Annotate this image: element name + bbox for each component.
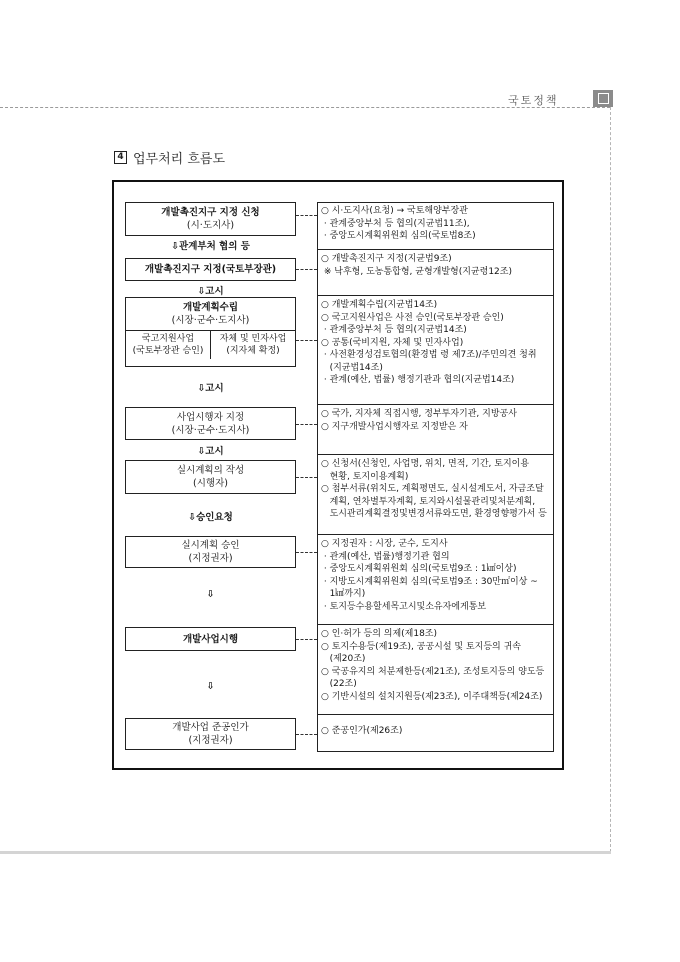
detail-line: ○ 공통(국비지원, 자체 및 민자사업) (321, 337, 550, 350)
detail-line: · 관계중앙부처 등 협의(지균법14조) (321, 324, 550, 337)
split-title: 자체 및 민자사업 (211, 333, 295, 345)
step-title: 개발사업시행 (126, 633, 295, 646)
detail-line: ○ 개발촉진지구 지정(지균법9조) (321, 253, 550, 266)
detail-line: 계획, 연차별투자계획, 토지와시설물관리및처분계획, (321, 496, 550, 509)
flow-arrow-3: ⇩고시 (125, 380, 296, 394)
flow-arrow-1: ⇩관계부처 협의 등 (125, 238, 296, 252)
flow-step-3: 개발계획수립 (시장·군수·도지사) 국고지원사업 (국토부장관 승인) 자체 … (125, 297, 296, 367)
detail-line: ○ 토지수용등(제19조), 공공시설 및 토지등의 귀속 (321, 641, 550, 654)
detail-line: ○ 국공유지의 처분제한등(제21조), 조성토지등의 양도등 (321, 666, 550, 679)
detail-line: · 지방도시계획위원회 심의(국토법9조 : 30만㎡이상 ~ (321, 576, 550, 589)
section-title: 업무처리 흐름도 (133, 148, 225, 167)
connector-2 (296, 269, 317, 270)
split-local: 자체 및 민자사업 (지자체 확정) (210, 331, 295, 359)
page-edge-divider (610, 107, 611, 852)
flow-step-4: 사업시행자 지정 (시장·군수·도지사) (125, 407, 296, 440)
detail-line: · 토지등수용할세목고시및소유자에게통보 (321, 601, 550, 614)
section-heading: 4 업무처리 흐름도 (114, 148, 225, 167)
detail-cell-4: ○ 국가, 지자체 직접시행, 정부투자기관, 지방공사○ 지구개발사업시행자로… (317, 405, 554, 455)
detail-line: ○ 지구개발사업시행자로 지정받은 자 (321, 421, 550, 434)
split-title: 국고지원사업 (126, 333, 210, 345)
detail-line: ○ 준공인가(제26조) (321, 725, 550, 738)
detail-line: · 중앙도시계획위원회 심의(국토법8조) (321, 230, 550, 243)
detail-line: ○ 개발계획수립(지균법14조) (321, 299, 550, 312)
flow-step-2: 개발촉진지구 지정(국토부장관) (125, 258, 296, 281)
page-tab-marker (593, 90, 613, 107)
detail-line: ○ 시·도지사(요청) → 국토해양부장관 (321, 205, 550, 218)
connector-4 (296, 424, 317, 425)
step-sub: (지정권자) (126, 734, 295, 747)
step-sub: (지정권자) (126, 552, 295, 565)
connector-8 (296, 734, 317, 735)
detail-line: 1㎢까지) (321, 588, 550, 601)
step-title: 실시계획 승인 (126, 539, 295, 552)
step-title: 개발촉진지구 지정(국토부장관) (126, 263, 295, 276)
detail-line: · 사전환경성검토협의(환경법 령 제7조)/주민의견 청취 (321, 349, 550, 362)
detail-line: ○ 신청서(신청인, 사업명, 위치, 면적, 기간, 토지이용 (321, 458, 550, 471)
flow-arrow-2: ⇩고시 (125, 283, 296, 297)
flow-arrow-7: ⇩ (125, 681, 296, 692)
detail-line: · 관계중앙부처 등 협의(지균법11조), (321, 218, 550, 231)
detail-line: ○ 국가, 지자체 직접시행, 정부투자기관, 지방공사 (321, 408, 550, 421)
detail-line: · 중앙도시계획위원회 심의(국토법9조 : 1㎢이상) (321, 563, 550, 576)
page-bottom-rule (0, 851, 611, 854)
running-header-label: 국토정책 (508, 92, 559, 108)
detail-line: (제20조) (321, 653, 550, 666)
detail-line: ○ 국고지원사업은 사전 승인(국토부장관 승인) (321, 312, 550, 325)
split-sub: (지자체 확정) (211, 345, 295, 357)
step-sub: (시장·군수·도지사) (126, 424, 295, 437)
split-sub: (국토부장관 승인) (126, 345, 210, 357)
connector-7 (296, 639, 317, 640)
step-title: 개발사업 준공인가 (126, 721, 295, 734)
step-title: 개발계획수립 (126, 301, 295, 314)
connector-6 (296, 552, 317, 553)
detail-cell-7: ○ 인·허가 등의 의제(제18조)○ 토지수용등(제19조), 공공시설 및 … (317, 625, 554, 715)
flow-arrow-4: ⇩고시 (125, 443, 296, 457)
detail-line: (지균법14조) (321, 362, 550, 375)
step-title: 사업시행자 지정 (126, 411, 295, 424)
detail-line: (22조) (321, 678, 550, 691)
flow-step-1: 개발촉진지구 지정 신청 (시·도지사) (125, 202, 296, 236)
detail-line: ○ 지정권자 : 시장, 군수, 도지사 (321, 538, 550, 551)
detail-line: ○ 인·허가 등의 의제(제18조) (321, 628, 550, 641)
step-title: 실시계획의 작성 (126, 464, 295, 477)
detail-line: · 관계(예산, 법률) 행정기관과 협의(지균법14조) (321, 374, 550, 387)
step-sub: (시·도지사) (126, 219, 295, 232)
step-title: 개발촉진지구 지정 신청 (126, 206, 295, 219)
flow-step-6: 실시계획 승인 (지정권자) (125, 536, 296, 568)
connector-5 (296, 477, 317, 478)
flow-arrow-5: ⇩승인요청 (125, 509, 296, 523)
detail-cell-1: ○ 시·도지사(요청) → 국토해양부장관 · 관계중앙부처 등 협의(지균법1… (317, 202, 554, 250)
step-sub: (시장·군수·도지사) (126, 314, 295, 327)
step-sub: (시행자) (126, 477, 295, 490)
connector-3 (296, 340, 317, 341)
step-split: 국고지원사업 (국토부장관 승인) 자체 및 민자사업 (지자체 확정) (126, 330, 295, 359)
detail-cell-2: ○ 개발촉진지구 지정(지균법9조) ※ 낙후형, 도농통합형, 균형개발형(지… (317, 250, 554, 296)
connector-1 (296, 215, 317, 216)
split-national: 국고지원사업 (국토부장관 승인) (126, 331, 210, 359)
detail-line: ○ 첨부서류(위치도, 계획평면도, 실시설계도서, 자금조달 (321, 483, 550, 496)
flow-arrow-6: ⇩ (125, 589, 296, 600)
detail-line: · 관계(예산, 법률)행정기관 협의 (321, 551, 550, 564)
header-divider (0, 107, 610, 108)
detail-line: ○ 기반시설의 설치지원등(제23조), 이주대책등(제24조) (321, 691, 550, 704)
detail-cell-5: ○ 신청서(신청인, 사업명, 위치, 면적, 기간, 토지이용 현황, 토지이… (317, 455, 554, 535)
flow-step-8: 개발사업 준공인가 (지정권자) (125, 718, 296, 750)
section-number-box: 4 (114, 151, 127, 164)
detail-cell-6: ○ 지정권자 : 시장, 군수, 도지사 · 관계(예산, 법률)행정기관 협의… (317, 535, 554, 625)
detail-cell-8: ○ 준공인가(제26조) (317, 715, 554, 752)
flow-step-7: 개발사업시행 (125, 627, 296, 651)
detail-cell-3: ○ 개발계획수립(지균법14조)○ 국고지원사업은 사전 승인(국토부장관 승인… (317, 296, 554, 405)
detail-line: 현황, 토지이용계획) (321, 471, 550, 484)
detail-line: 도시관리계획결정및변경서류와도면, 환경영향평가서 등 (321, 508, 550, 521)
flow-step-5: 실시계획의 작성 (시행자) (125, 460, 296, 494)
detail-line: ※ 낙후형, 도농통합형, 균형개발형(지균령12조) (321, 266, 550, 279)
